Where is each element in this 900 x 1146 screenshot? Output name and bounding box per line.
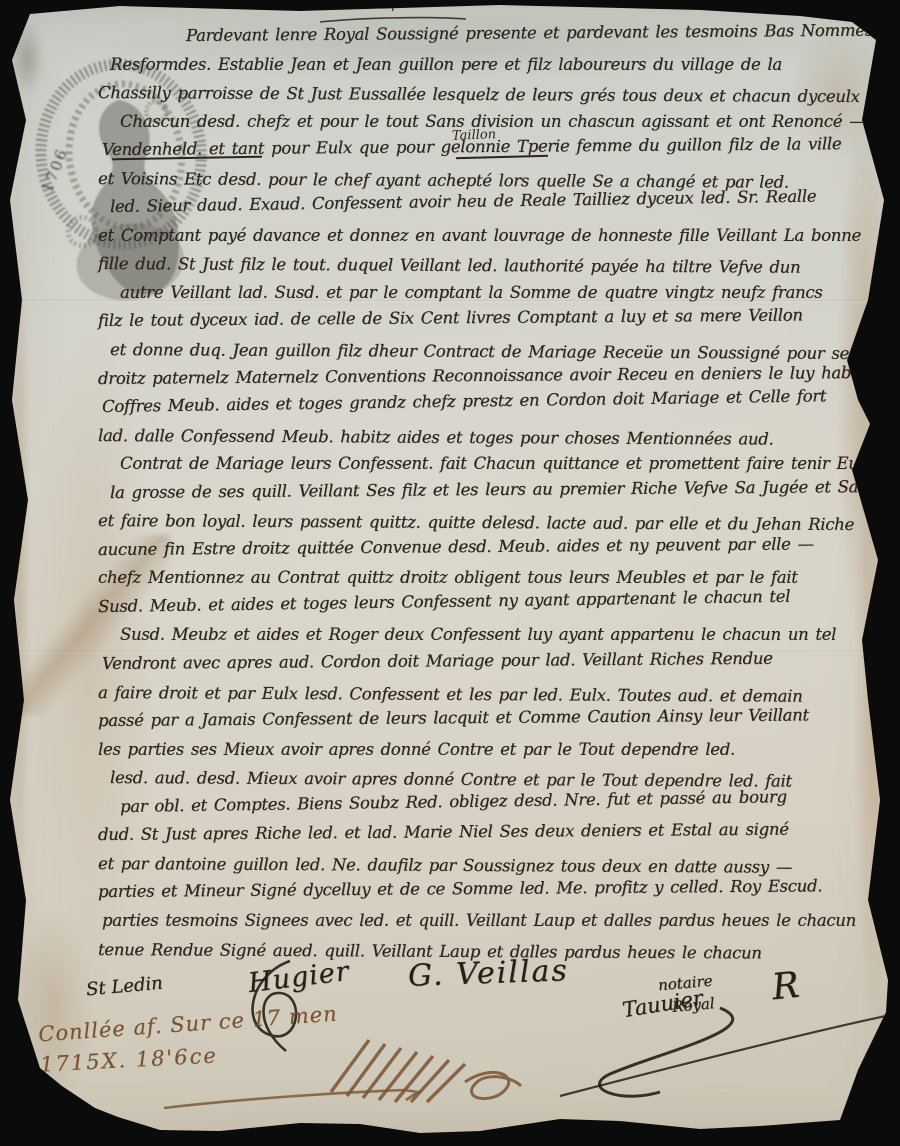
notary-swoosh: [540, 1000, 890, 1120]
manuscript-line: parties tesmoins Signees avec led. et qu…: [102, 907, 900, 936]
manuscript-line: parties et Mineur Signé dycelluy et de c…: [98, 871, 900, 907]
signature-ledin: St Ledin: [85, 973, 163, 1001]
signature-veillas: G. Veillas: [407, 953, 569, 994]
manuscript-line: la grosse de ses quill. Veillant Ses fil…: [110, 472, 900, 508]
manuscript-line: dud. St Just apres Riche led. et lad. Ma…: [98, 814, 900, 850]
manuscript-line: fille dud. St Just filz le tout. duquel …: [98, 250, 900, 283]
manuscript-line: Pardevant lenre Royal Soussigné presente…: [186, 16, 900, 51]
manuscript-line: les parties ses Mieux avoir apres donné …: [98, 736, 900, 765]
manuscript-line: Vendront avec apres aud. Cordon doit Mar…: [102, 643, 900, 679]
controle-note-line2: 1715X. 18'6ce: [39, 1043, 218, 1076]
photograph-of-manuscript: + 1706 Pardevant lenre Royal Soussigné p…: [0, 0, 900, 1146]
manuscript-line: filz le tout dyceux iad. de celle de Six…: [98, 300, 900, 336]
signature-notaire-word1: notaire: [657, 972, 713, 995]
manuscript-line: Vendenheld. et tant pour Eulx que pour g…: [102, 129, 900, 165]
invocation-cross: +: [386, 0, 399, 15]
manuscript-line: Chassilly parroisse de St Just Eussallée…: [98, 79, 900, 112]
manuscript-line: lad. dalle Confessend Meub. habitz aides…: [98, 422, 900, 455]
aged-paper-sheet: + 1706 Pardevant lenre Royal Soussigné p…: [0, 0, 900, 1146]
manuscript-line: et Comptant payé davance et donnez en av…: [98, 222, 900, 251]
brown-underline-stroke: [160, 1082, 440, 1118]
interlinear-insertion: Taillon: [452, 127, 497, 144]
manuscript-body: Pardevant lenre Royal Soussigné presente…: [0, 22, 900, 964]
manuscript-line: aucune fin Estre droitz quittée Convenue…: [98, 529, 900, 565]
manuscript-line: passé par a Jamais Confessent de leurs l…: [98, 700, 900, 736]
manuscript-line: Resformdes. Establie Jean et Jean guillo…: [110, 51, 900, 80]
